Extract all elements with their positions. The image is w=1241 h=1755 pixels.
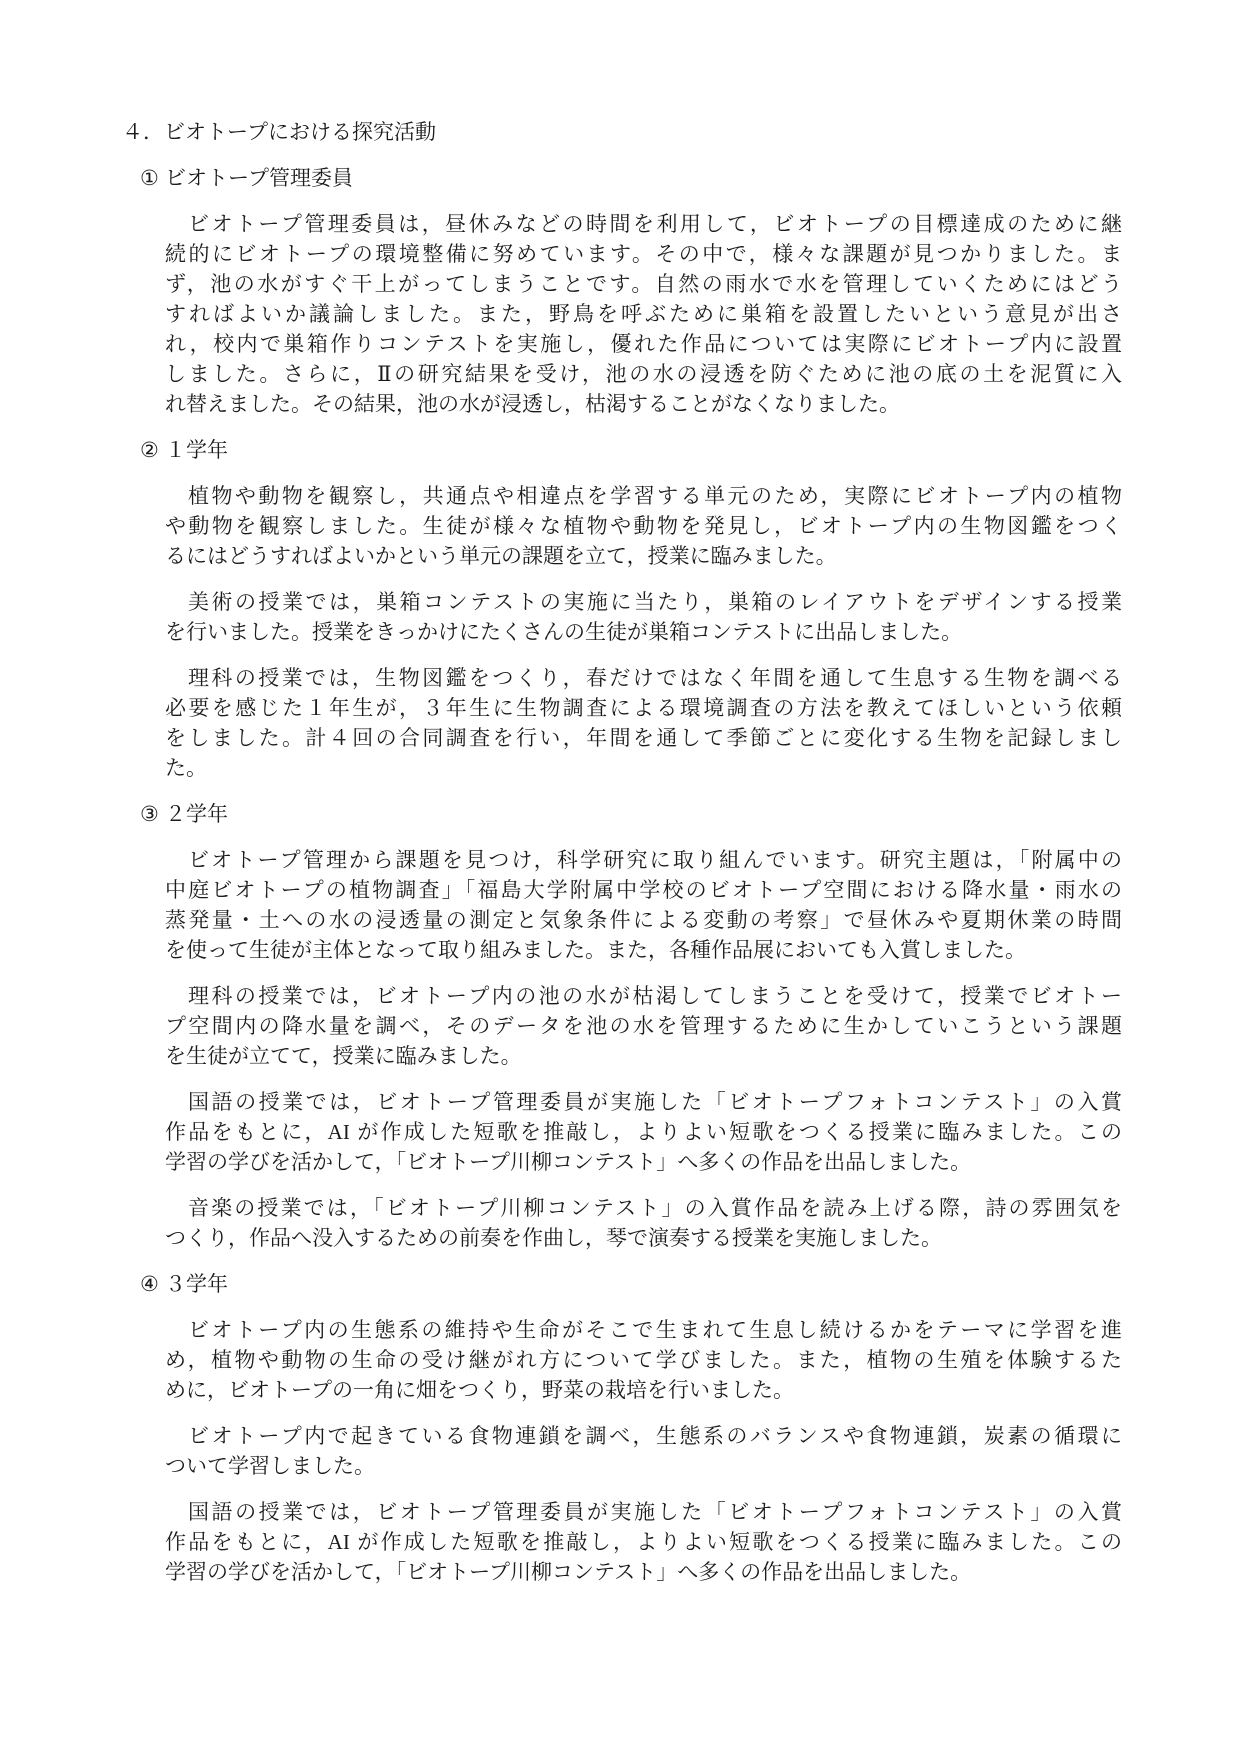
text-line: 理科の授業では，生物図鑑をつくり，春だけではなく年間を通して生息する生物を調べる xyxy=(165,663,1122,693)
text-line: ビオトープ内の生態系の維持や生命がそこで生まれて生息し続けるかをテーマに学習を進 xyxy=(165,1315,1122,1345)
text-line: すればよいか議論しました。また，野鳥を呼ぶために巣箱を設置したいという意見が出さ xyxy=(165,299,1122,329)
text-line: めに，ビオトープの一角に畑をつくり，野菜の栽培を行いました。 xyxy=(165,1375,1122,1405)
text-line: つくり，作品へ没入するための前奏を作曲し，琴で演奏する授業を実施しました。 xyxy=(165,1223,1122,1253)
section-heading: ③２学年 xyxy=(140,799,1241,829)
document-body: ４．ビオトープにおける探究活動 ①ビオトープ管理委員ビオトープ管理委員は，昼休み… xyxy=(0,117,1241,1603)
page-title: ４．ビオトープにおける探究活動 xyxy=(122,117,1241,147)
text-line: 必要を感じた１年生が，３年生に生物調査による環境調査の方法を教えてほしいという依… xyxy=(165,693,1122,723)
paragraph: ビオトープ内の生態系の維持や生命がそこで生まれて生息し続けるかをテーマに学習を進… xyxy=(165,1315,1122,1405)
section-heading: ④３学年 xyxy=(140,1269,1241,1299)
paragraph: 国語の授業では，ビオトープ管理委員が実施した「ビオトープフォトコンテスト」の入賞… xyxy=(165,1497,1122,1587)
text-line: 理科の授業では，ビオトープ内の池の水が枯渇してしまうことを受けて，授業でビオトー xyxy=(165,981,1122,1011)
paragraph: 理科の授業では，ビオトープ内の池の水が枯渇してしまうことを受けて，授業でビオトー… xyxy=(165,981,1122,1071)
section-label: ２学年 xyxy=(165,799,228,829)
section-heading: ②１学年 xyxy=(140,435,1241,465)
text-line: を使って生徒が主体となって取り組みました。また，各種作品展においても入賞しました… xyxy=(165,935,1122,965)
text-line: ついて学習しました。 xyxy=(165,1451,1122,1481)
text-line: 作品をもとに，AI が作成した短歌を推敲し，よりよい短歌をつくる授業に臨みました… xyxy=(165,1527,1122,1557)
text-line: 国語の授業では，ビオトープ管理委員が実施した「ビオトープフォトコンテスト」の入賞 xyxy=(165,1497,1122,1527)
text-line: 植物や動物を観察し，共通点や相違点を学習する単元のため，実際にビオトープ内の植物 xyxy=(165,481,1122,511)
text-line: や動物を観察しました。生徒が様々な植物や動物を発見し，ビオトープ内の生物図鑑をつ… xyxy=(165,511,1122,541)
text-line: ビオトープ管理委員は，昼休みなどの時間を利用して，ビオトープの目標達成のために継 xyxy=(165,209,1122,239)
section-label: ビオトープ管理委員 xyxy=(165,163,353,193)
paragraph: 美術の授業では，巣箱コンテストの実施に当たり，巣箱のレイアウトをデザインする授業… xyxy=(165,587,1122,647)
text-line: を生徒が立てて，授業に臨みました。 xyxy=(165,1041,1122,1071)
document-page: ４．ビオトープにおける探究活動 ①ビオトープ管理委員ビオトープ管理委員は，昼休み… xyxy=(0,0,1241,1755)
section-label: ３学年 xyxy=(165,1269,228,1299)
text-line: 国語の授業では，ビオトープ管理委員が実施した「ビオトープフォトコンテスト」の入賞 xyxy=(165,1087,1122,1117)
text-line: ビオトープ内で起きている食物連鎖を調べ，生態系のバランスや食物連鎖，炭素の循環に xyxy=(165,1421,1122,1451)
text-line: た。 xyxy=(165,753,1122,783)
section-heading: ①ビオトープ管理委員 xyxy=(140,163,1241,193)
paragraph: ビオトープ管理委員は，昼休みなどの時間を利用して，ビオトープの目標達成のために継… xyxy=(165,209,1122,419)
text-line: 音楽の授業では，「ビオトープ川柳コンテスト」の入賞作品を読み上げる際，詩の雰囲気… xyxy=(165,1193,1122,1223)
sections-container: ①ビオトープ管理委員ビオトープ管理委員は，昼休みなどの時間を利用して，ビオトープ… xyxy=(0,163,1241,1587)
text-line: 続的にビオトープの環境整備に努めています。その中で，様々な課題が見つかりました。… xyxy=(165,239,1122,269)
text-line: れ替えました。その結果，池の水が浸透し，枯渇することがなくなりました。 xyxy=(165,389,1122,419)
paragraph: ビオトープ管理から課題を見つけ，科学研究に取り組んでいます。研究主題は，「附属中… xyxy=(165,845,1122,965)
paragraph: 音楽の授業では，「ビオトープ川柳コンテスト」の入賞作品を読み上げる際，詩の雰囲気… xyxy=(165,1193,1122,1253)
text-line: 作品をもとに，AI が作成した短歌を推敲し，よりよい短歌をつくる授業に臨みました… xyxy=(165,1117,1122,1147)
text-line: 学習の学びを活かして，「ビオトープ川柳コンテスト」へ多くの作品を出品しました。 xyxy=(165,1147,1122,1177)
text-line: をしました。計４回の合同調査を行い，年間を通して季節ごとに変化する生物を記録しま… xyxy=(165,723,1122,753)
section-number: ③ xyxy=(140,799,165,829)
section-label: １学年 xyxy=(165,435,228,465)
paragraph: 理科の授業では，生物図鑑をつくり，春だけではなく年間を通して生息する生物を調べる… xyxy=(165,663,1122,783)
text-line: 中庭ビオトープの植物調査」「福島大学附属中学校のビオトープ空間における降水量・雨… xyxy=(165,875,1122,905)
paragraph: ビオトープ内で起きている食物連鎖を調べ，生態系のバランスや食物連鎖，炭素の循環に… xyxy=(165,1421,1122,1481)
paragraph: 植物や動物を観察し，共通点や相違点を学習する単元のため，実際にビオトープ内の植物… xyxy=(165,481,1122,571)
text-line: 学習の学びを活かして，「ビオトープ川柳コンテスト」へ多くの作品を出品しました。 xyxy=(165,1557,1122,1587)
text-line: れ，校内で巣箱作りコンテストを実施し，優れた作品については実際にビオトープ内に設… xyxy=(165,329,1122,359)
section-number: ④ xyxy=(140,1269,165,1299)
text-line: 美術の授業では，巣箱コンテストの実施に当たり，巣箱のレイアウトをデザインする授業 xyxy=(165,587,1122,617)
text-line: ず，池の水がすぐ干上がってしまうことです。自然の雨水で水を管理していくためにはど… xyxy=(165,269,1122,299)
section-number: ② xyxy=(140,435,165,465)
paragraph: 国語の授業では，ビオトープ管理委員が実施した「ビオトープフォトコンテスト」の入賞… xyxy=(165,1087,1122,1177)
text-line: 蒸発量・土への水の浸透量の測定と気象条件による変動の考察」で昼休みや夏期休業の時… xyxy=(165,905,1122,935)
text-line: しました。さらに，Ⅱの研究結果を受け，池の水の浸透を防ぐために池の底の土を泥質に… xyxy=(165,359,1122,389)
text-line: を行いました。授業をきっかけにたくさんの生徒が巣箱コンテストに出品しました。 xyxy=(165,617,1122,647)
text-line: プ空間内の降水量を調べ，そのデータを池の水を管理するために生かしていこうという課… xyxy=(165,1011,1122,1041)
text-line: るにはどうすればよいかという単元の課題を立て，授業に臨みました。 xyxy=(165,541,1122,571)
text-line: ビオトープ管理から課題を見つけ，科学研究に取り組んでいます。研究主題は，「附属中… xyxy=(165,845,1122,875)
section-number: ① xyxy=(140,163,165,193)
text-line: め，植物や動物の生命の受け継がれ方について学びました。また，植物の生殖を体験する… xyxy=(165,1345,1122,1375)
